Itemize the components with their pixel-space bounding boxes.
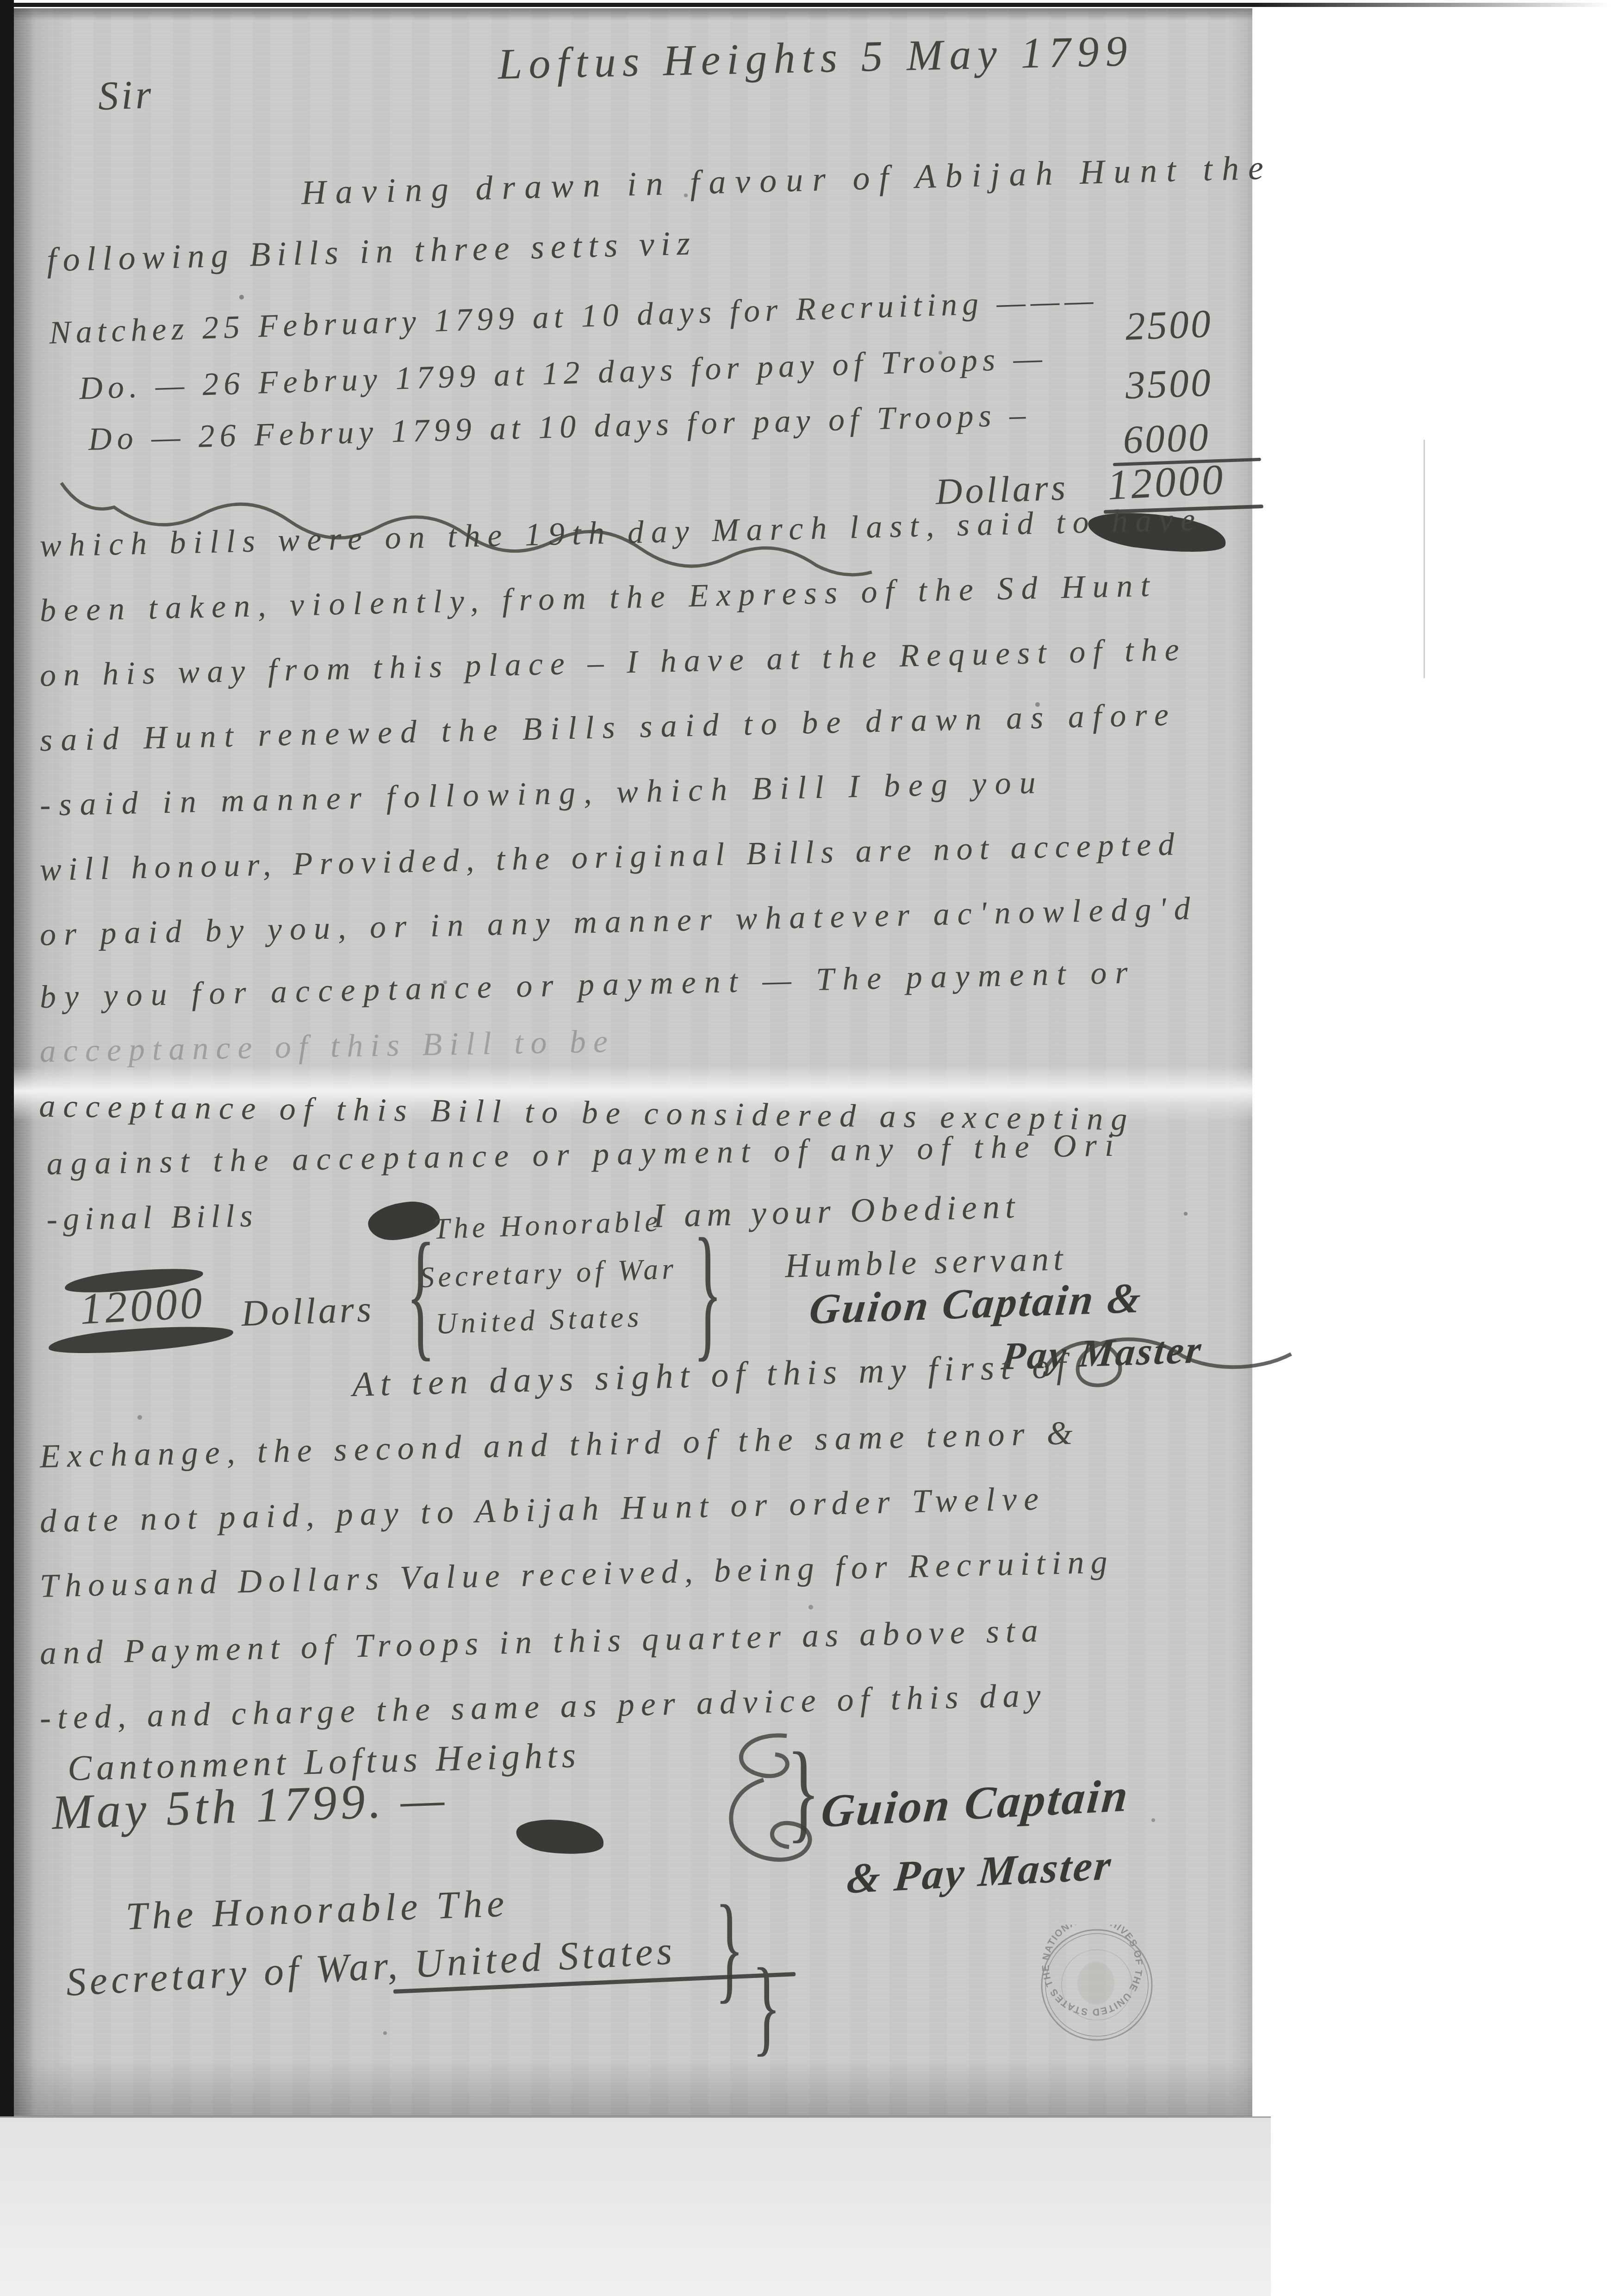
scan-left-border [0, 0, 14, 2116]
paper-specks [0, 0, 2, 2]
restated-amount-label: Dollars [241, 1288, 375, 1335]
signature-flourish [1039, 1340, 1307, 1396]
brace-flourish: } [752, 1953, 781, 2061]
restated-amount: 12000 [79, 1277, 206, 1335]
total-amount: 12000 [1106, 455, 1226, 510]
brace-flourish: } [715, 1888, 744, 2008]
scan-top-edge [0, 3, 1611, 7]
bill-row-amount: 3500 [1125, 359, 1213, 408]
body-line: -ginal Bills [46, 1198, 258, 1238]
national-archives-seal: THE NATIONAL ARCHIVES OF THE UNITED STAT… [1037, 1925, 1157, 2045]
scanned-letter-page: Loftus Heights 5 May 1799 Sir Having dra… [0, 0, 1623, 2296]
inside-address-line: United States [435, 1299, 643, 1341]
scan-streak-artifact [1424, 440, 1425, 678]
brace-flourish-right: } [693, 1217, 722, 1367]
ornate-flourish [690, 1729, 842, 1882]
underlying-sheet [0, 2116, 1271, 2296]
salutation: Sir [97, 71, 155, 120]
bill-row-amount: 2500 [1125, 300, 1213, 349]
